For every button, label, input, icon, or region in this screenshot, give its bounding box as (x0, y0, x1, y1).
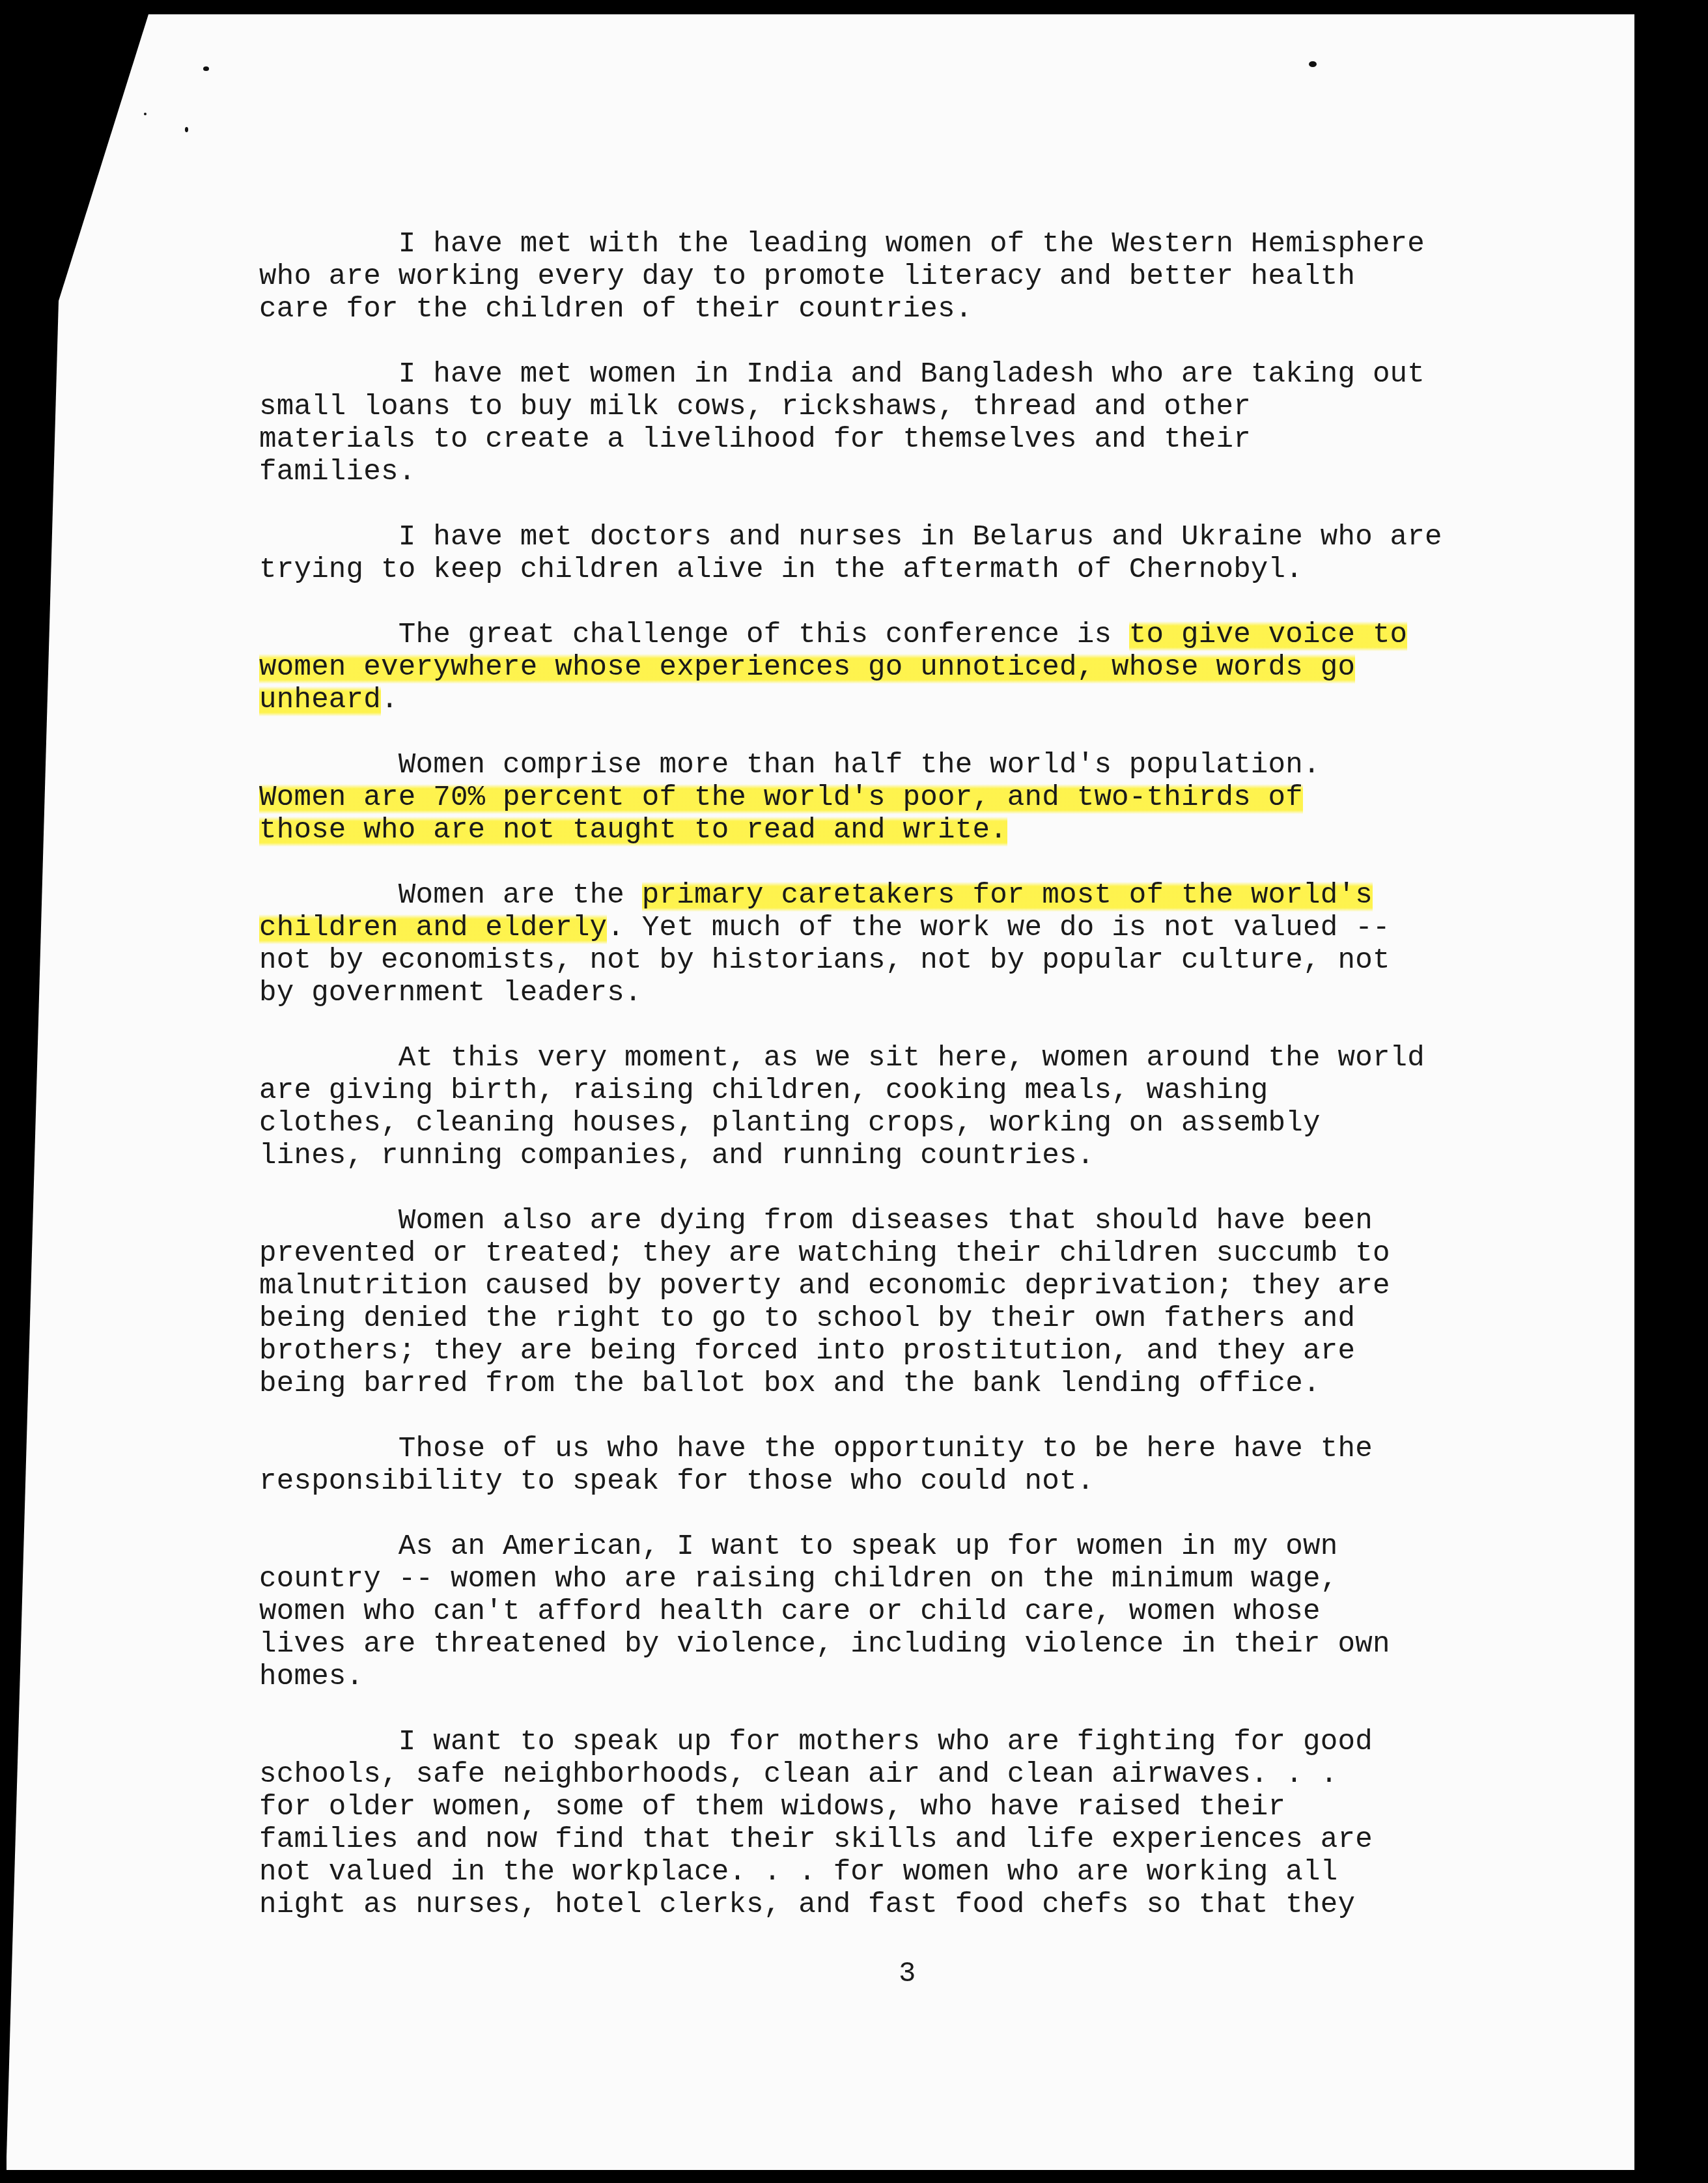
page-number: 3 (899, 1958, 916, 1990)
paragraph: I have met with the leading women of the… (259, 228, 1568, 326)
text-segment: Those of us who have the opportunity to … (259, 1433, 1373, 1498)
paragraph: The great challenge of this conference i… (259, 619, 1568, 716)
paragraph: At this very moment, as we sit here, wom… (259, 1042, 1568, 1172)
scan-speck (203, 66, 209, 71)
paragraph: Women comprise more than half the world'… (259, 749, 1568, 847)
scan-speck (185, 127, 188, 132)
text-segment: At this very moment, as we sit here, wom… (259, 1042, 1425, 1172)
text-segment: Women are the (259, 879, 642, 912)
text-segment: As an American, I want to speak up for w… (259, 1530, 1390, 1693)
text-segment: I have met women in India and Bangladesh… (259, 358, 1425, 488)
text-segment: Women also are dying from diseases that … (259, 1205, 1390, 1400)
text-segment: Women comprise more than half the world'… (259, 749, 1321, 782)
text-segment: . (381, 684, 399, 716)
paragraph: Those of us who have the opportunity to … (259, 1433, 1568, 1498)
scan-speck (1309, 61, 1317, 67)
paragraph: I have met doctors and nurses in Belarus… (259, 521, 1568, 586)
document-body: I have met with the leading women of the… (259, 228, 1568, 1954)
paragraph: I have met women in India and Bangladesh… (259, 358, 1568, 488)
text-segment: I have met doctors and nurses in Belarus… (259, 521, 1442, 586)
highlighted-text: Women are 70% percent of the world's poo… (259, 782, 1303, 847)
paragraph: I want to speak up for mothers who are f… (259, 1726, 1568, 1921)
paragraph: As an American, I want to speak up for w… (259, 1530, 1568, 1693)
text-segment: I want to speak up for mothers who are f… (259, 1726, 1373, 1921)
paragraph: Women also are dying from diseases that … (259, 1205, 1568, 1400)
text-segment: The great challenge of this conference i… (259, 619, 1129, 651)
paragraph: Women are the primary caretakers for mos… (259, 879, 1568, 1009)
scan-speck (144, 113, 147, 115)
text-segment: I have met with the leading women of the… (259, 228, 1425, 326)
